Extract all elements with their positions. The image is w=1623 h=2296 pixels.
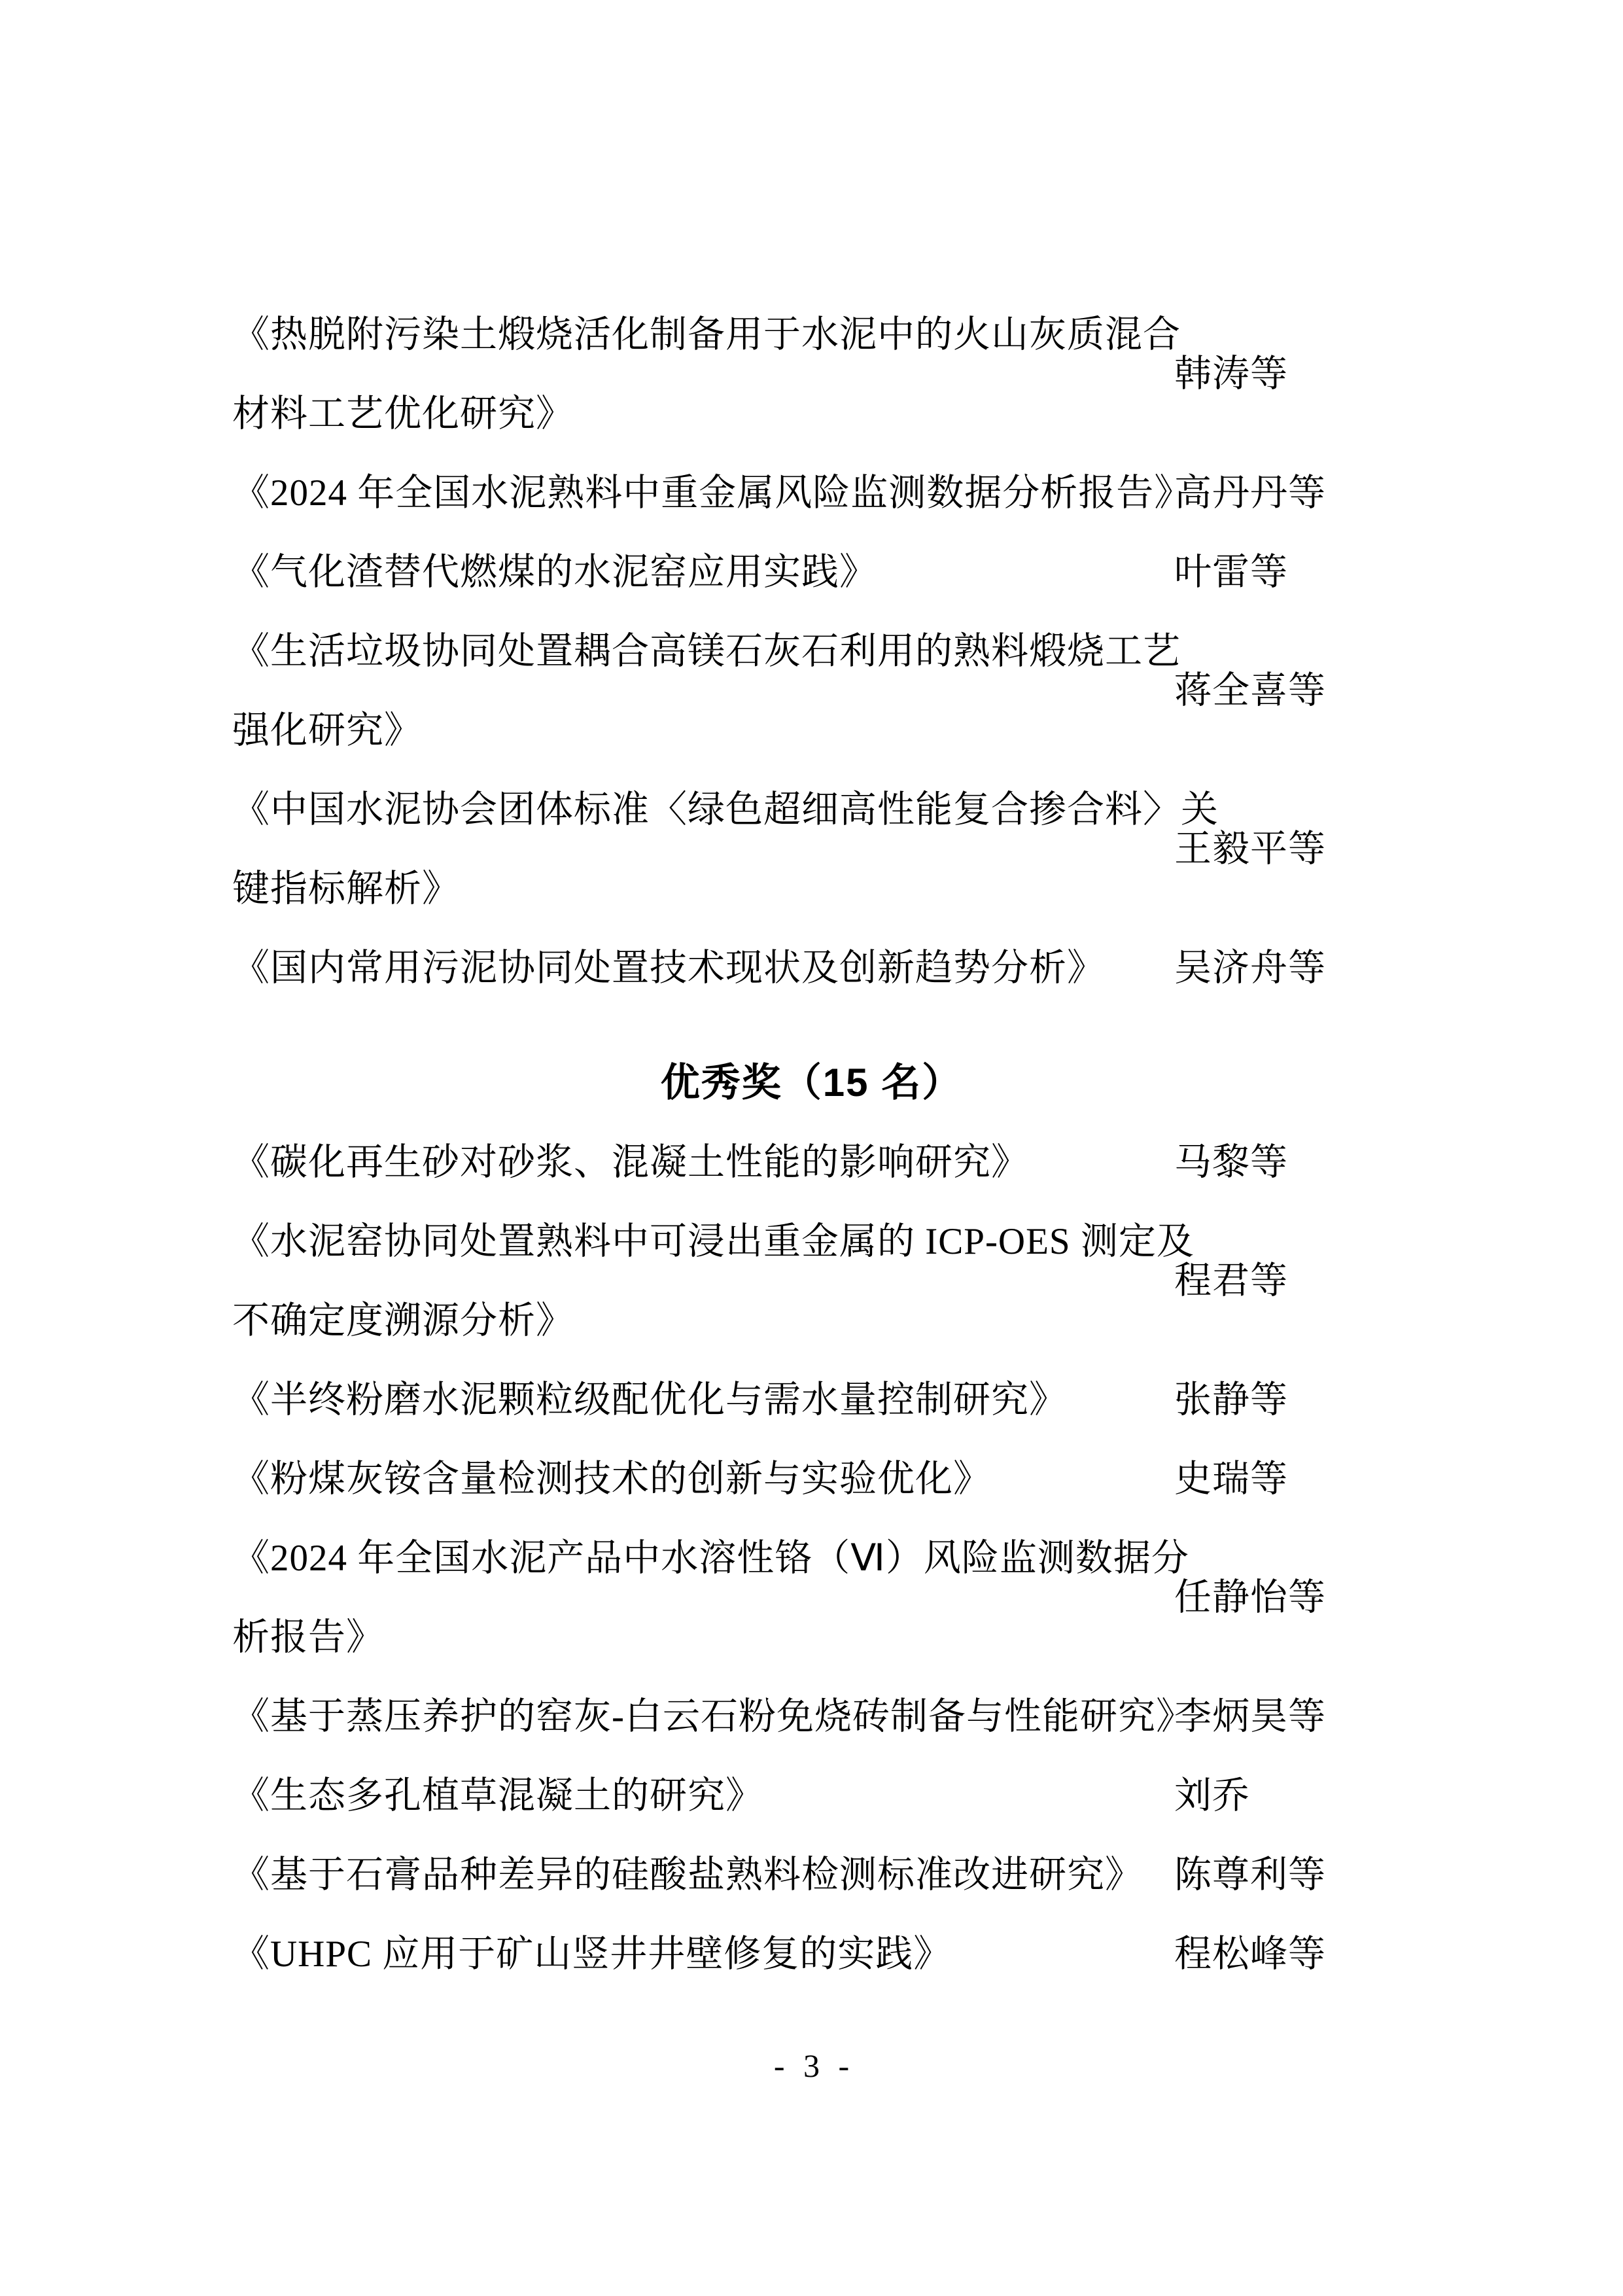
entry-row: 《UHPC 应用于矿山竖井井壁修复的实践》程松峰等: [232, 1911, 1391, 1990]
entry-row: 《热脱附污染土煅烧活化制备用于水泥中的火山灰质混合材料工艺优化研究》韩涛等: [232, 291, 1391, 450]
entry-title-line: 《粉煤灰铵含量检测技术的创新与实验优化》: [232, 1436, 1174, 1515]
entry-title: 《热脱附污染土煅烧活化制备用于水泥中的火山灰质混合材料工艺优化研究》: [232, 291, 1174, 450]
entry-title-line: 《国内常用污泥协同处置技术现状及创新趋势分析》: [232, 925, 1174, 1004]
entry-row: 《生态多孔植草混凝土的研究》刘乔: [232, 1752, 1391, 1831]
entry-title-line: 《基于蒸压养护的窑灰-白云石粉免烧砖制备与性能研究》: [232, 1673, 1174, 1752]
section-header: 优秀奖（15 名）: [232, 1040, 1391, 1119]
entry-title-line: 键指标解析》: [232, 845, 1174, 925]
entry-title-line: 《碳化再生砂对砂浆、混凝土性能的影响研究》: [232, 1119, 1174, 1198]
entry-author: 马黎等: [1174, 1132, 1391, 1186]
entry-title-line: 《中国水泥协会团体标准〈绿色超细高性能复合掺合料〉关: [232, 766, 1174, 845]
entry-title: 《碳化再生砂对砂浆、混凝土性能的影响研究》: [232, 1119, 1174, 1198]
entry-row: 《水泥窑协同处置熟料中可浸出重金属的 ICP-OES 测定及不确定度溯源分析》程…: [232, 1198, 1391, 1356]
entry-title-line: 《生态多孔植草混凝土的研究》: [232, 1752, 1174, 1831]
entry-title-line: 《半终粉磨水泥颗粒级配优化与需水量控制研究》: [232, 1356, 1174, 1436]
entry-title-line: 强化研究》: [232, 687, 1174, 766]
entry-title: 《基于蒸压养护的窑灰-白云石粉免烧砖制备与性能研究》: [232, 1673, 1174, 1752]
entry-title-line: 《生活垃圾协同处置耦合高镁石灰石利用的熟料煅烧工艺: [232, 608, 1174, 687]
entry-row: 《半终粉磨水泥颗粒级配优化与需水量控制研究》张静等: [232, 1356, 1391, 1436]
entry-row: 《生活垃圾协同处置耦合高镁石灰石利用的熟料煅烧工艺强化研究》蒋全喜等: [232, 608, 1391, 766]
entry-row: 《基于蒸压养护的窑灰-白云石粉免烧砖制备与性能研究》李炳昊等: [232, 1673, 1391, 1752]
entry-author: 王毅平等: [1174, 819, 1391, 872]
document-page: 《热脱附污染土煅烧活化制备用于水泥中的火山灰质混合材料工艺优化研究》韩涛等《20…: [0, 0, 1623, 2296]
entry-title: 《粉煤灰铵含量检测技术的创新与实验优化》: [232, 1436, 1174, 1515]
entry-title: 《半终粉磨水泥颗粒级配优化与需水量控制研究》: [232, 1356, 1174, 1436]
entry-author: 史瑞等: [1174, 1449, 1391, 1502]
entry-row: 《粉煤灰铵含量检测技术的创新与实验优化》史瑞等: [232, 1436, 1391, 1515]
page-number: - 3 -: [0, 2047, 1623, 2085]
entry-title: 《生活垃圾协同处置耦合高镁石灰石利用的熟料煅烧工艺强化研究》: [232, 608, 1174, 766]
entry-row: 《2024 年全国水泥产品中水溶性铬（Ⅵ）风险监测数据分析报告》任静怡等: [232, 1515, 1391, 1673]
entry-title: 《气化渣替代燃煤的水泥窑应用实践》: [232, 529, 1174, 608]
entry-row: 《基于石膏品种差异的硅酸盐熟料检测标准改进研究》陈尊利等: [232, 1831, 1391, 1911]
entry-title-line: 《基于石膏品种差异的硅酸盐熟料检测标准改进研究》: [232, 1831, 1174, 1911]
entry-author: 高丹丹等: [1174, 463, 1391, 516]
entry-title-line: 《UHPC 应用于矿山竖井井壁修复的实践》: [232, 1911, 1174, 1990]
entry-title-line: 《水泥窑协同处置熟料中可浸出重金属的 ICP-OES 测定及: [232, 1198, 1174, 1277]
entry-author: 吴济舟等: [1174, 938, 1391, 991]
entry-author: 李炳昊等: [1174, 1686, 1391, 1740]
entry-title: 《基于石膏品种差异的硅酸盐熟料检测标准改进研究》: [232, 1831, 1174, 1911]
entry-author: 韩涛等: [1174, 344, 1391, 397]
entry-title-line: 《气化渣替代燃煤的水泥窑应用实践》: [232, 529, 1174, 608]
entry-title: 《2024 年全国水泥产品中水溶性铬（Ⅵ）风险监测数据分析报告》: [232, 1515, 1174, 1673]
entry-title: 《2024 年全国水泥熟料中重金属风险监测数据分析报告》: [232, 450, 1174, 529]
entry-title: 《UHPC 应用于矿山竖井井壁修复的实践》: [232, 1911, 1174, 1990]
entry-title-line: 材料工艺优化研究》: [232, 370, 1174, 450]
entry-author: 任静怡等: [1174, 1567, 1391, 1621]
entry-author: 蒋全喜等: [1174, 660, 1391, 714]
entry-author: 程君等: [1174, 1250, 1391, 1304]
award-list: 《热脱附污染土煅烧活化制备用于水泥中的火山灰质混合材料工艺优化研究》韩涛等《20…: [232, 291, 1391, 1990]
entry-title-line: 《热脱附污染土煅烧活化制备用于水泥中的火山灰质混合: [232, 291, 1174, 370]
entry-author: 张静等: [1174, 1369, 1391, 1423]
entry-row: 《中国水泥协会团体标准〈绿色超细高性能复合掺合料〉关键指标解析》王毅平等: [232, 766, 1391, 925]
entry-author: 陈尊利等: [1174, 1845, 1391, 1898]
entry-author: 叶雷等: [1174, 542, 1391, 595]
entry-title-line: 《2024 年全国水泥产品中水溶性铬（Ⅵ）风险监测数据分: [232, 1515, 1174, 1594]
entry-title: 《国内常用污泥协同处置技术现状及创新趋势分析》: [232, 925, 1174, 1004]
entry-title-line: 《2024 年全国水泥熟料中重金属风险监测数据分析报告》: [232, 450, 1174, 529]
entry-row: 《气化渣替代燃煤的水泥窑应用实践》叶雷等: [232, 529, 1391, 608]
entry-author: 程松峰等: [1174, 1924, 1391, 1977]
entry-title-line: 析报告》: [232, 1594, 1174, 1673]
entry-title-line: 不确定度溯源分析》: [232, 1277, 1174, 1356]
entry-row: 《2024 年全国水泥熟料中重金属风险监测数据分析报告》高丹丹等: [232, 450, 1391, 529]
entry-title: 《水泥窑协同处置熟料中可浸出重金属的 ICP-OES 测定及不确定度溯源分析》: [232, 1198, 1174, 1356]
entry-author: 刘乔: [1174, 1765, 1391, 1819]
entry-title: 《中国水泥协会团体标准〈绿色超细高性能复合掺合料〉关键指标解析》: [232, 766, 1174, 925]
entry-title: 《生态多孔植草混凝土的研究》: [232, 1752, 1174, 1831]
entry-row: 《国内常用污泥协同处置技术现状及创新趋势分析》吴济舟等: [232, 925, 1391, 1004]
entry-row: 《碳化再生砂对砂浆、混凝土性能的影响研究》马黎等: [232, 1119, 1391, 1198]
